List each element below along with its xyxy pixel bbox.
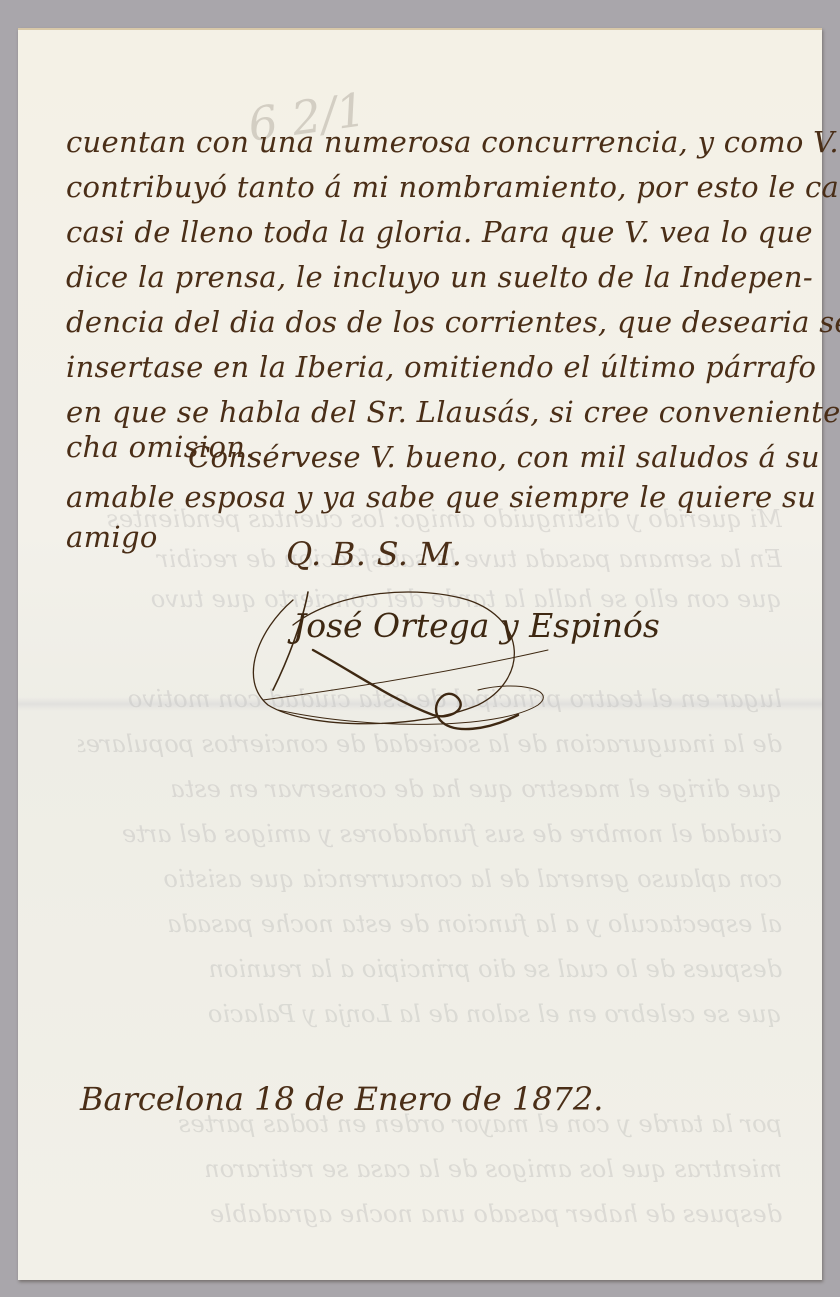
- bleed-through-text: ciudad el nombre de sus fundadores y ami…: [78, 820, 782, 848]
- closing-line: amigo: [66, 520, 158, 554]
- bleed-through-text: que se celebro en el salon de la Lonja y…: [78, 1000, 782, 1028]
- bleed-through-text: despues de haber pasado una noche agrada…: [78, 1200, 782, 1228]
- signature-name: José Ortega y Espinós: [293, 606, 660, 645]
- letter-body-line: insertase en la Iberia, omitiendo el últ…: [66, 350, 816, 384]
- bleed-through-text: despues de lo cual se dio principio a la…: [78, 955, 782, 983]
- letter-body-line: en que se habla del Sr. Llausás, si cree…: [66, 395, 840, 429]
- bleed-through-text: mientras que los amigos de la casa se re…: [78, 1155, 782, 1183]
- letter-body-line: dice la prensa, le incluyo un suelto de …: [66, 260, 813, 294]
- signature: José Ortega y Espinós: [218, 580, 688, 760]
- closing-line: Consérvese V. bueno, con mil saludos á s…: [188, 440, 820, 474]
- abbreviation-qbsm: Q. B. S. M.: [286, 535, 462, 573]
- bleed-through-text: con aplauso general de la concurrencia q…: [78, 865, 782, 893]
- bleed-through-text: que dirige el maestro que ha de conserva…: [78, 775, 782, 803]
- closing-line: amable esposa y ya sabe que siempre le q…: [66, 480, 816, 514]
- bleed-through-text: al espectaculo y a la funcion de esta no…: [78, 910, 782, 938]
- letter-body-line: casi de lleno toda la gloria. Para que V…: [66, 215, 813, 249]
- letter-page: 6 2/1 Mi querido y distinguido amigo: lo…: [18, 28, 822, 1280]
- date-line: Barcelona 18 de Enero de 1872.: [80, 1080, 603, 1118]
- letter-body-line: cuentan con una numerosa concurrencia, y…: [66, 125, 839, 159]
- letter-body-line: dencia del dia dos de los corrientes, qu…: [66, 305, 840, 339]
- letter-body-line: contribuyó tanto á mi nombramiento, por …: [66, 170, 840, 204]
